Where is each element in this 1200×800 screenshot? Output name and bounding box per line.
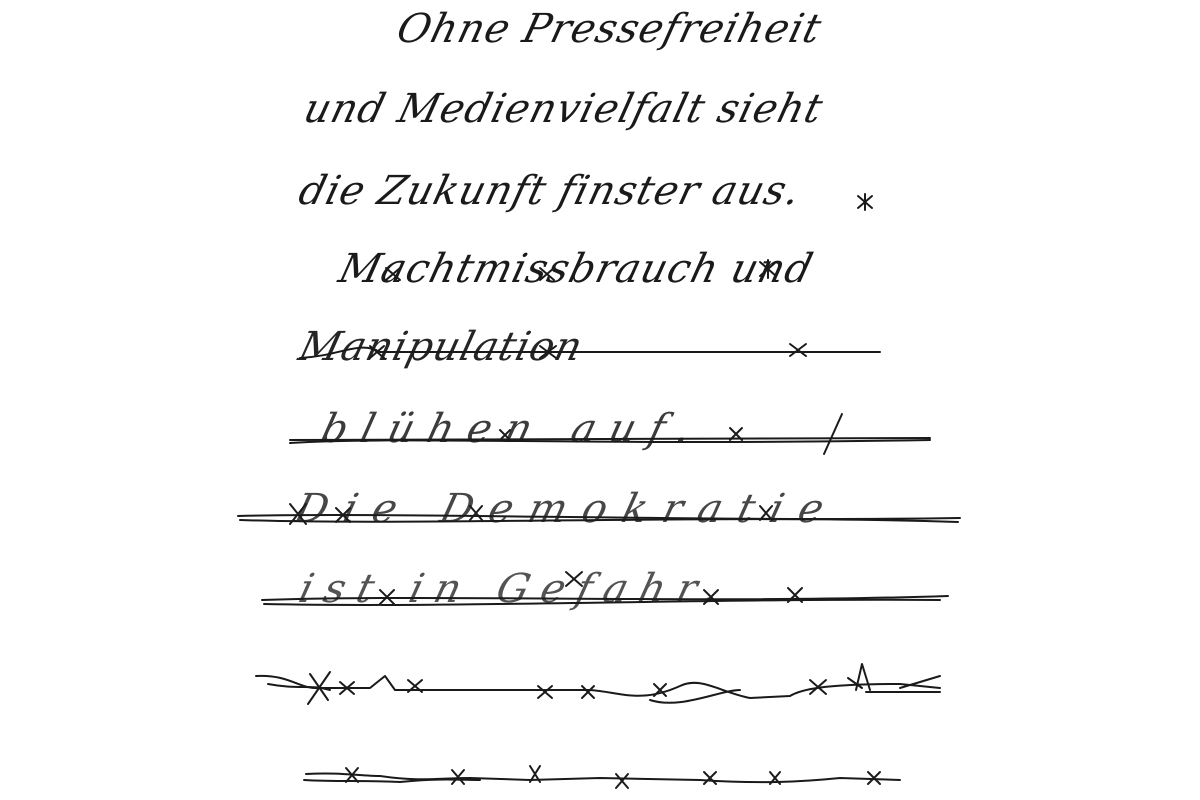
handwritten-page: Ohne Pressefreiheit und Medienvielfalt s… [0, 0, 1200, 800]
line-6-text: blühen auf. [316, 406, 709, 452]
line-4: Machtmissbrauch und [334, 246, 818, 292]
barb-icon [858, 194, 872, 210]
barbed-wire-line-2 [304, 766, 900, 788]
line-3-text: die Zukunft finster aus. [294, 168, 805, 214]
line-3: die Zukunft finster aus. [294, 168, 805, 214]
line-5-text: Manipulation [294, 324, 588, 370]
line-8: ist in Gefahr. [294, 566, 734, 612]
line-7: Die Demokratie [290, 486, 844, 532]
barbed-wire-line-1 [256, 664, 940, 704]
line-1: Ohne Pressefreiheit [392, 6, 826, 52]
line-2-text: und Medienvielfalt sieht [299, 86, 828, 132]
line-4-text: Machtmissbrauch und [334, 246, 818, 292]
line-6: blühen auf. [316, 406, 709, 452]
line-8-text: ist in Gefahr. [294, 566, 734, 612]
line-1-text: Ohne Pressefreiheit [392, 6, 826, 52]
line-2: und Medienvielfalt sieht [299, 86, 828, 132]
line-5: Manipulation [294, 324, 588, 370]
line-7-text: Die Demokratie [290, 486, 844, 532]
